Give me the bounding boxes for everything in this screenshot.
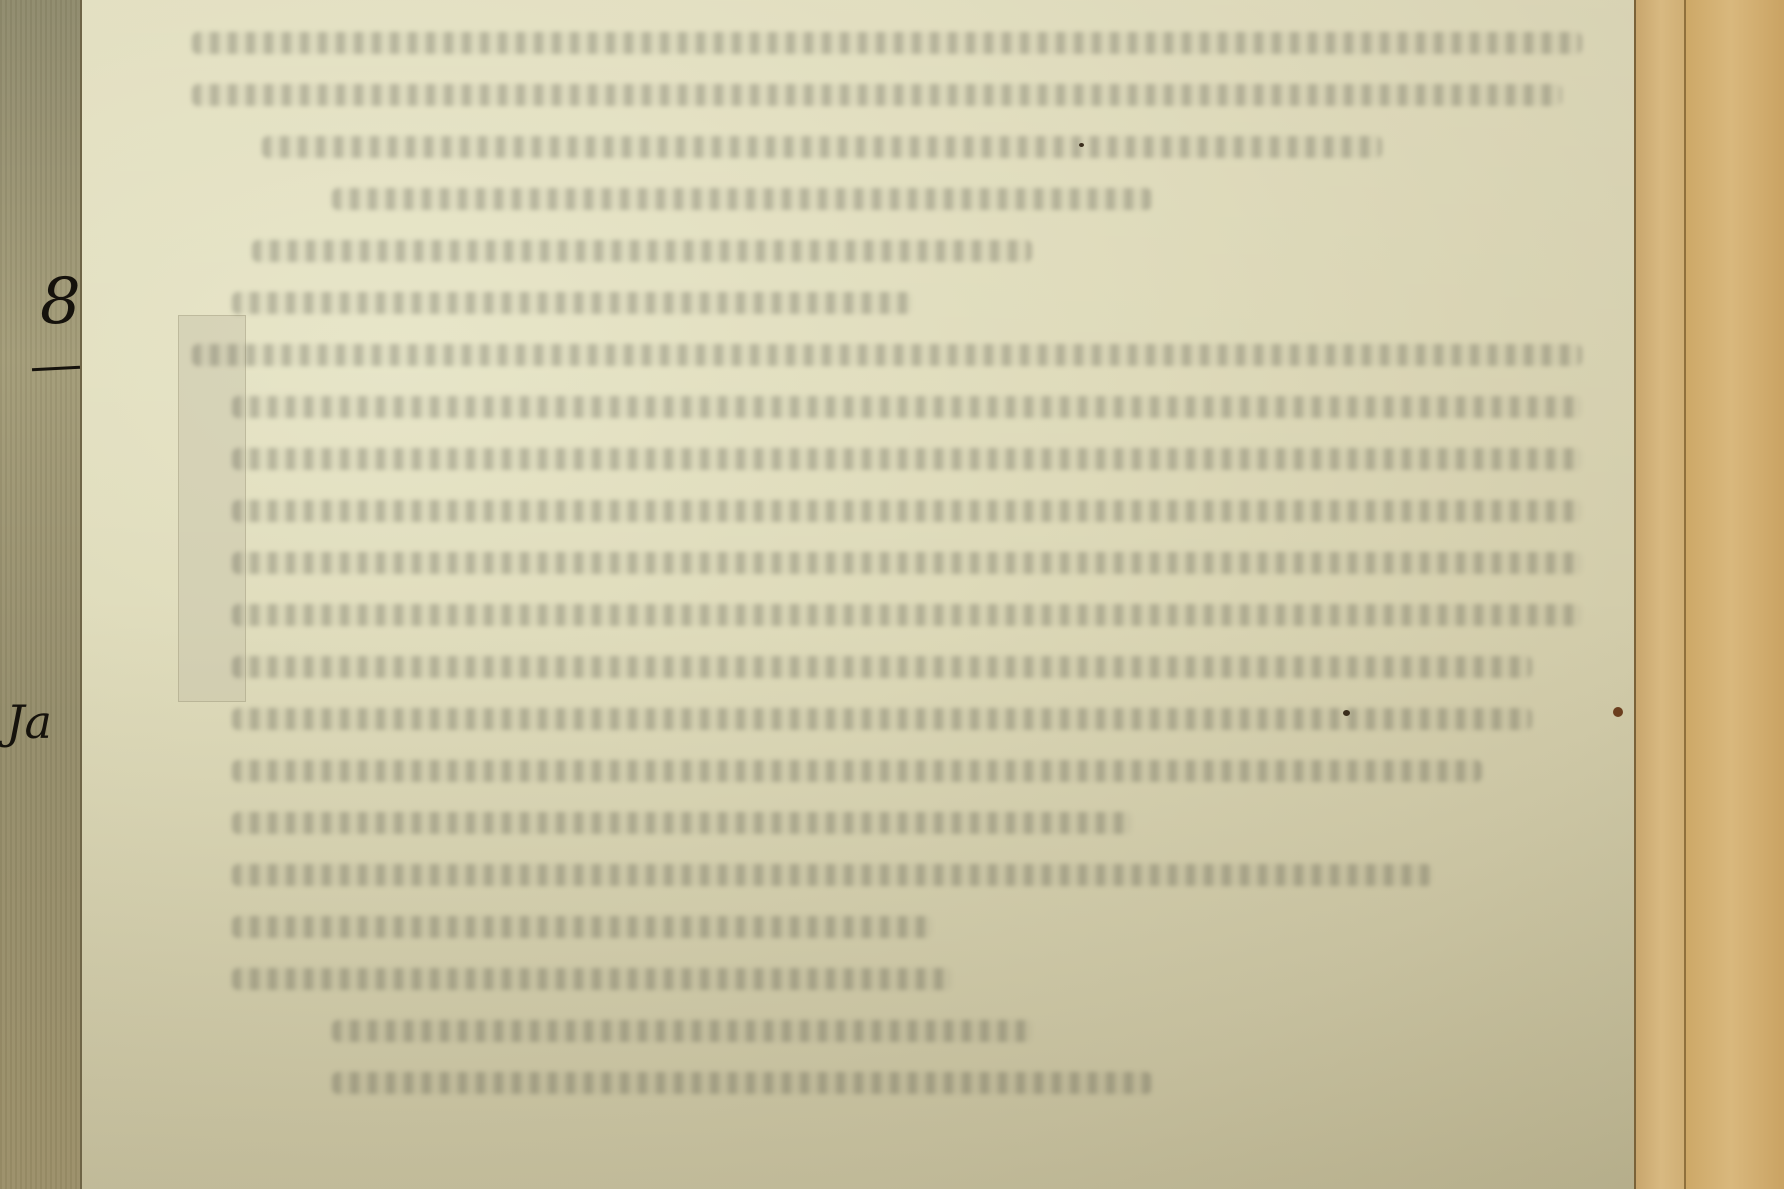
embossed-text-row xyxy=(192,542,1592,594)
illegible-text xyxy=(232,552,1582,574)
illegible-text xyxy=(232,604,1582,626)
embossed-text-row xyxy=(192,698,1592,750)
illegible-text xyxy=(192,32,1582,54)
illegible-text xyxy=(332,1072,1152,1094)
embossed-text-row xyxy=(192,22,1592,74)
embossed-text-rows xyxy=(192,22,1592,1114)
illegible-text xyxy=(232,292,912,314)
illegible-text xyxy=(332,188,1152,210)
ink-spot xyxy=(1079,143,1084,147)
embossed-text-row xyxy=(192,1010,1592,1062)
handwritten-mark-ja: Ja xyxy=(6,695,52,749)
rust-spot xyxy=(1613,707,1623,717)
illegible-text xyxy=(232,500,1582,522)
embossed-text-row xyxy=(192,282,1592,334)
illegible-text xyxy=(232,864,1432,886)
embossed-text-row xyxy=(192,906,1592,958)
embossed-text-row xyxy=(192,126,1592,178)
document-photo: 8 Ja xyxy=(0,0,1784,1189)
illegible-text xyxy=(232,968,952,990)
illegible-text xyxy=(232,396,1582,418)
illegible-text xyxy=(232,916,932,938)
binding-strip-outer xyxy=(1684,0,1784,1189)
embossed-text-row xyxy=(192,230,1592,282)
embossed-text-row xyxy=(192,438,1592,490)
illegible-text xyxy=(252,240,1032,262)
illegible-text xyxy=(232,448,1582,470)
illegible-text xyxy=(262,136,1382,158)
illegible-text xyxy=(232,760,1482,782)
embossed-text-row xyxy=(192,646,1592,698)
embossed-text-row xyxy=(192,802,1592,854)
embossed-text-row xyxy=(192,594,1592,646)
binding-strip-inner xyxy=(1634,0,1686,1189)
embossed-text-row xyxy=(192,750,1592,802)
paper-page xyxy=(80,0,1636,1189)
embossed-text-row xyxy=(192,958,1592,1010)
illegible-text xyxy=(232,708,1532,730)
embossed-text-row xyxy=(192,854,1592,906)
illegible-text xyxy=(232,656,1532,678)
illegible-text xyxy=(192,84,1562,106)
embossed-text-row xyxy=(192,74,1592,126)
embossed-text-row xyxy=(192,386,1592,438)
illegible-text xyxy=(192,344,1582,366)
ink-spot xyxy=(1343,710,1350,716)
left-paper-strip xyxy=(0,0,82,1189)
handwritten-mark-8: 8 xyxy=(40,265,81,339)
embossed-text-row xyxy=(192,490,1592,542)
illegible-text xyxy=(232,812,1132,834)
illegible-text xyxy=(332,1020,1032,1042)
embossed-text-row xyxy=(192,334,1592,386)
embossed-text-row xyxy=(192,178,1592,230)
embossed-text-row xyxy=(192,1062,1592,1114)
